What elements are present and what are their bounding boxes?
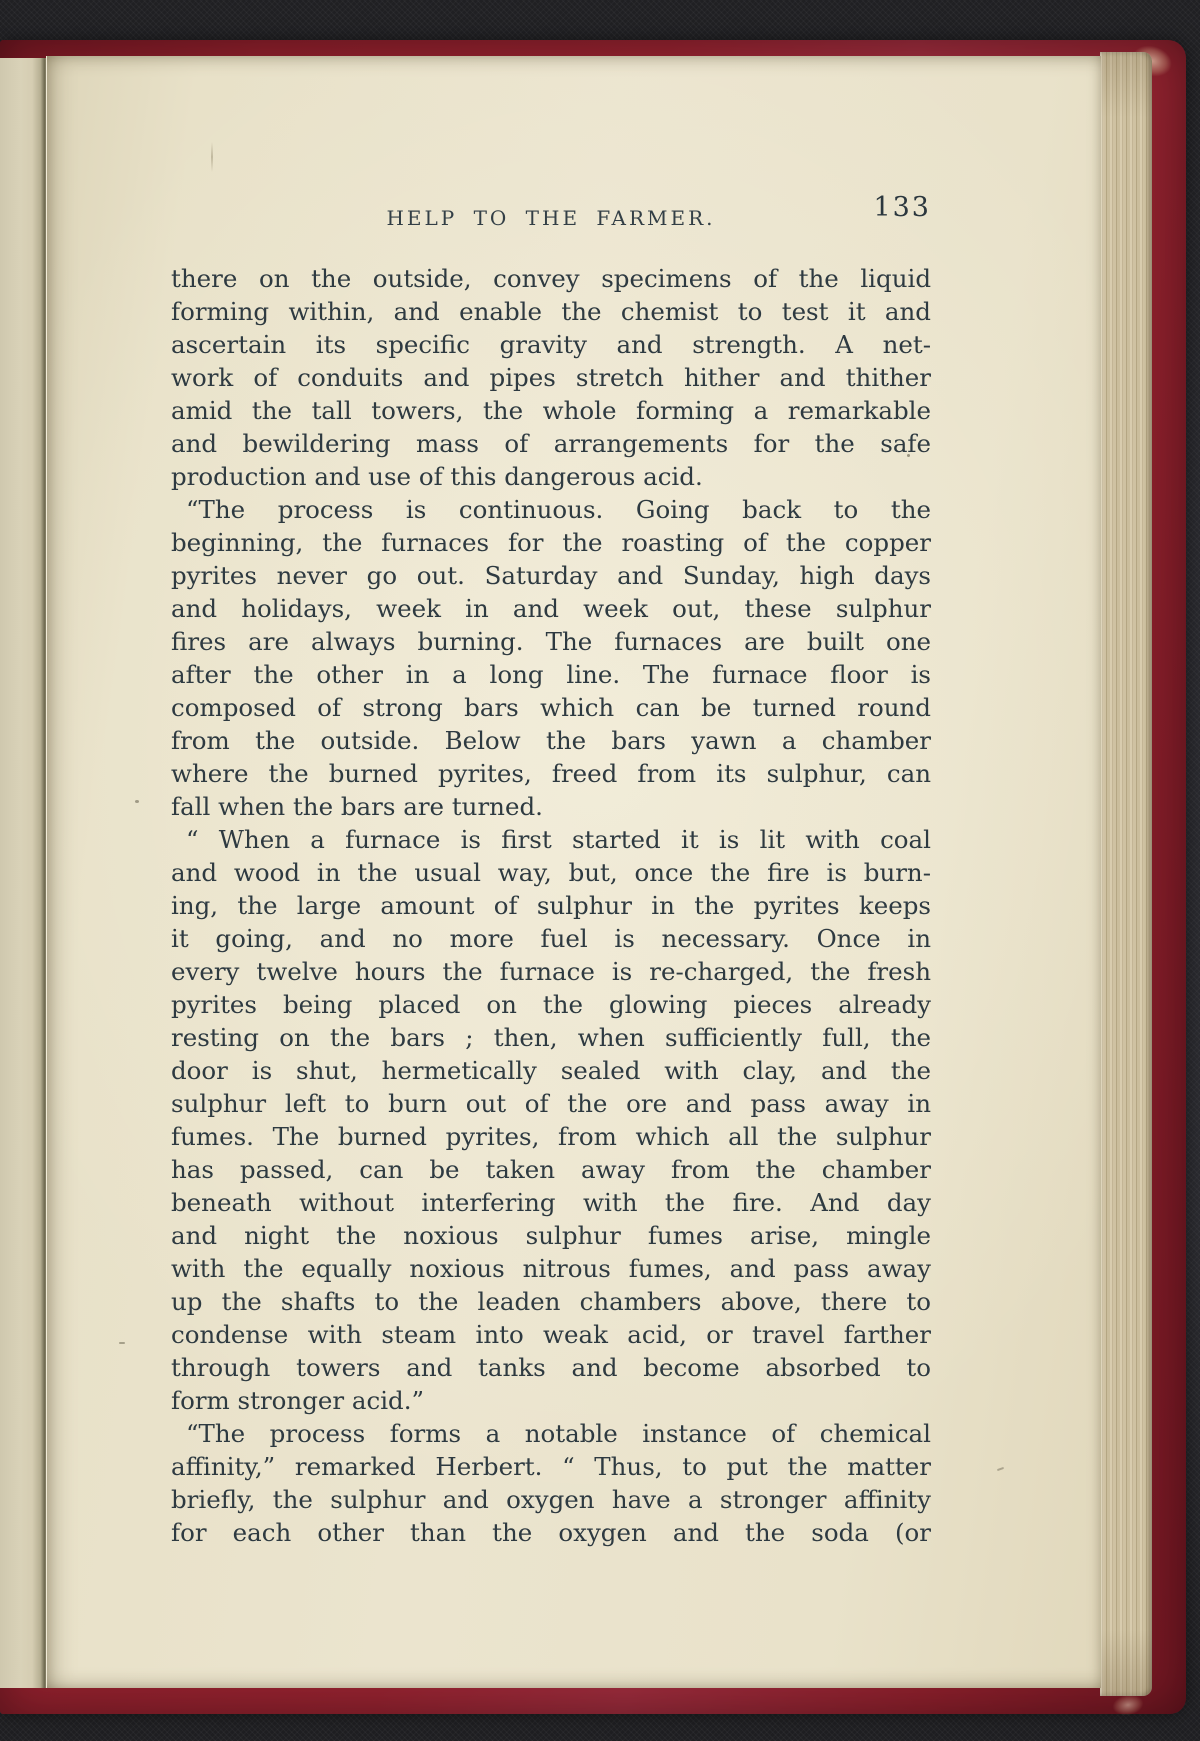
- text-line: “The process forms a notable instance of…: [171, 1417, 931, 1450]
- text-line: where the burned pyrites, freed from its…: [171, 757, 931, 790]
- paper-speck: [997, 1467, 1004, 1471]
- book-page: HELP TO THE FARMER. 133 there on the out…: [46, 56, 1101, 1688]
- text-line: has passed, can be taken away from the c…: [171, 1153, 931, 1186]
- text-line: with the equally noxious nitrous fumes, …: [171, 1252, 931, 1285]
- text-line: from the outside. Below the bars yawn a …: [171, 724, 931, 757]
- text-line: briefly, the sulphur and oxygen have a s…: [171, 1483, 931, 1516]
- text-line: after the other in a long line. The furn…: [171, 658, 931, 691]
- header-title: HELP TO THE FARMER.: [171, 206, 931, 230]
- text-line: amid the tall towers, the whole forming …: [171, 394, 931, 427]
- text-line: work of conduits and pipes stretch hithe…: [171, 361, 931, 394]
- page-edge-stack: [1100, 52, 1152, 1696]
- text-line: fumes. The burned pyrites, from which al…: [171, 1120, 931, 1153]
- text-line: condense with steam into weak acid, or t…: [171, 1318, 931, 1351]
- text-line: resting on the bars ; then, when suffici…: [171, 1021, 931, 1054]
- text-line: there on the outside, convey specimens o…: [171, 262, 931, 295]
- book-scan-photo: HELP TO THE FARMER. 133 there on the out…: [0, 0, 1200, 1741]
- text-line: and wood in the usual way, but, once the…: [171, 856, 931, 889]
- text-line: beginning, the furnaces for the roasting…: [171, 526, 931, 559]
- text-line: up the shafts to the leaden chambers abo…: [171, 1285, 931, 1318]
- text-line: it going, and no more fuel is necessary.…: [171, 922, 931, 955]
- running-header: HELP TO THE FARMER. 133: [171, 200, 931, 234]
- text-line: form stronger acid.”: [171, 1384, 931, 1417]
- paper-speck: [119, 1342, 125, 1344]
- text-line: fires are always burning. The furnaces a…: [171, 625, 931, 658]
- text-line: every twelve hours the furnace is re-cha…: [171, 955, 931, 988]
- page-number: 133: [873, 192, 931, 223]
- text-line: fall when the bars are turned.: [171, 790, 931, 823]
- text-line: pyrites being placed on the glowing piec…: [171, 988, 931, 1021]
- text-line: and night the noxious sulphur fumes aris…: [171, 1219, 931, 1252]
- text-line: pyrites never go out. Saturday and Sunda…: [171, 559, 931, 592]
- text-line: ing, the large amount of sulphur in the …: [171, 889, 931, 922]
- paper-speck: [135, 800, 139, 803]
- text-line: affinity,” remarked Herbert. “ Thus, to …: [171, 1450, 931, 1483]
- text-line: composed of strong bars which can be tur…: [171, 691, 931, 724]
- text-line: production and use of this dangerous aci…: [171, 460, 931, 493]
- gutter-page-edge: [0, 58, 46, 1688]
- paper-scratch: [211, 142, 213, 172]
- text-line: for each other than the oxygen and the s…: [171, 1516, 931, 1549]
- text-line: door is shut, hermetically sealed with c…: [171, 1054, 931, 1087]
- text-line: through towers and tanks and become abso…: [171, 1351, 931, 1384]
- text-line: “ When a furnace is first started it is …: [171, 823, 931, 856]
- page-body-text: there on the outside, convey specimens o…: [171, 262, 931, 1549]
- text-line: and bewildering mass of arrangements for…: [171, 427, 931, 460]
- text-line: beneath without interfering with the fir…: [171, 1186, 931, 1219]
- text-line: ascertain its specific gravity and stren…: [171, 328, 931, 361]
- text-line: and holidays, week in and week out, thes…: [171, 592, 931, 625]
- text-line: “The process is continuous. Going back t…: [171, 493, 931, 526]
- text-line: sulphur left to burn out of the ore and …: [171, 1087, 931, 1120]
- text-line: forming within, and enable the chemist t…: [171, 295, 931, 328]
